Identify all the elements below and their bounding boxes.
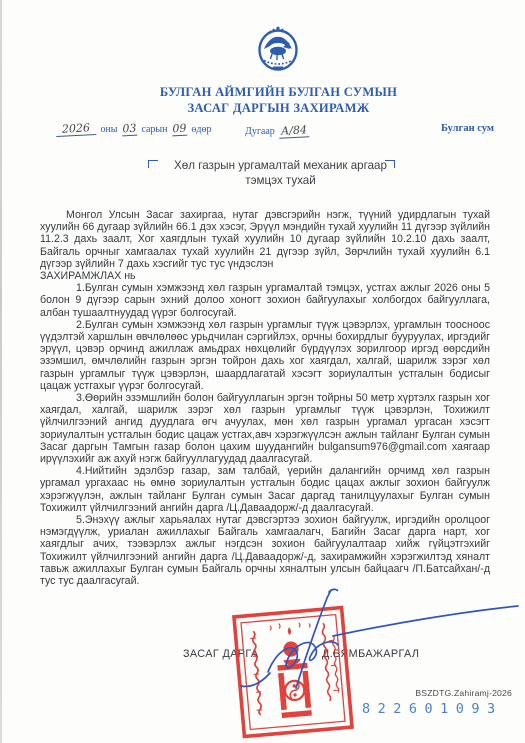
month-label: сарын — [141, 124, 167, 135]
document-title-line2: тэмцэх тухай — [18, 174, 525, 189]
ordinance-item-4: 4.Нийтийн эдэлбэр газар, зам талбай, үер… — [40, 465, 490, 514]
number-label: Дугаар — [245, 126, 275, 137]
registry-code: BSZDTG.Zahiramj-2026 — [415, 688, 512, 698]
official-stamp-icon — [231, 604, 356, 739]
ordinance-item-5: 5.Энэхүү ажлыг харьяалах нутаг дэвсгэртэ… — [40, 514, 490, 587]
org-name-line2: ЗАСАГ ДАРГЫН ЗАХИРАМЖ — [16, 101, 525, 117]
ordinance-item-3: 3.Өөрийн эзэмшлийн болон байгууллагын эр… — [40, 392, 490, 465]
handwritten-number: А/84 — [279, 124, 310, 139]
document-serial-number: 822601093 — [362, 701, 503, 717]
handwritten-month: 03 — [122, 123, 138, 137]
org-name-line1: БУЛГАН АЙМГИЙН БУЛГАН СУМЫН — [16, 85, 525, 101]
date-line: 2026 оны 03 сарын 09 өдөр — [56, 119, 212, 137]
state-emblem-icon — [255, 25, 301, 73]
letterhead: БУЛГАН АЙМГИЙН БУЛГАН СУМЫН ЗАСАГ ДАРГЫН… — [16, 85, 525, 116]
resolve-clause: ЗАХИРАМЖЛАХ нь — [40, 270, 490, 282]
year-label: оны — [100, 124, 117, 135]
ordinance-body: Монгол Улсын Засаг захиргаа, нутаг дэвсг… — [40, 209, 490, 587]
document-title-line1: Хөл газрын ургамалтай механик аргаар — [18, 159, 525, 174]
handwritten-year: 2026 — [56, 122, 97, 137]
ordinance-item-1: 1.Булган сумын хэмжээнд хөл газрын ургам… — [40, 282, 490, 319]
document-title: Хөл газрын ургамалтай механик аргаар тэм… — [18, 159, 525, 188]
legal-basis-paragraph: Монгол Улсын Засаг захиргаа, нутаг дэвсг… — [40, 209, 490, 270]
scan-edge-artifact — [0, 0, 2, 743]
ordinance-item-2: 2.Булган сумын хэмжээнд хөл газрын ургам… — [40, 319, 490, 392]
location-label: Булган сум — [441, 123, 494, 134]
handwritten-day: 09 — [172, 123, 188, 137]
document-number-line: Дугаар А/84 — [245, 121, 309, 139]
scanned-ordinance-document: БУЛГАН АЙМГИЙН БУЛГАН СУМЫН ЗАСАГ ДАРГЫН… — [0, 0, 525, 743]
day-label: өдөр — [191, 124, 211, 135]
